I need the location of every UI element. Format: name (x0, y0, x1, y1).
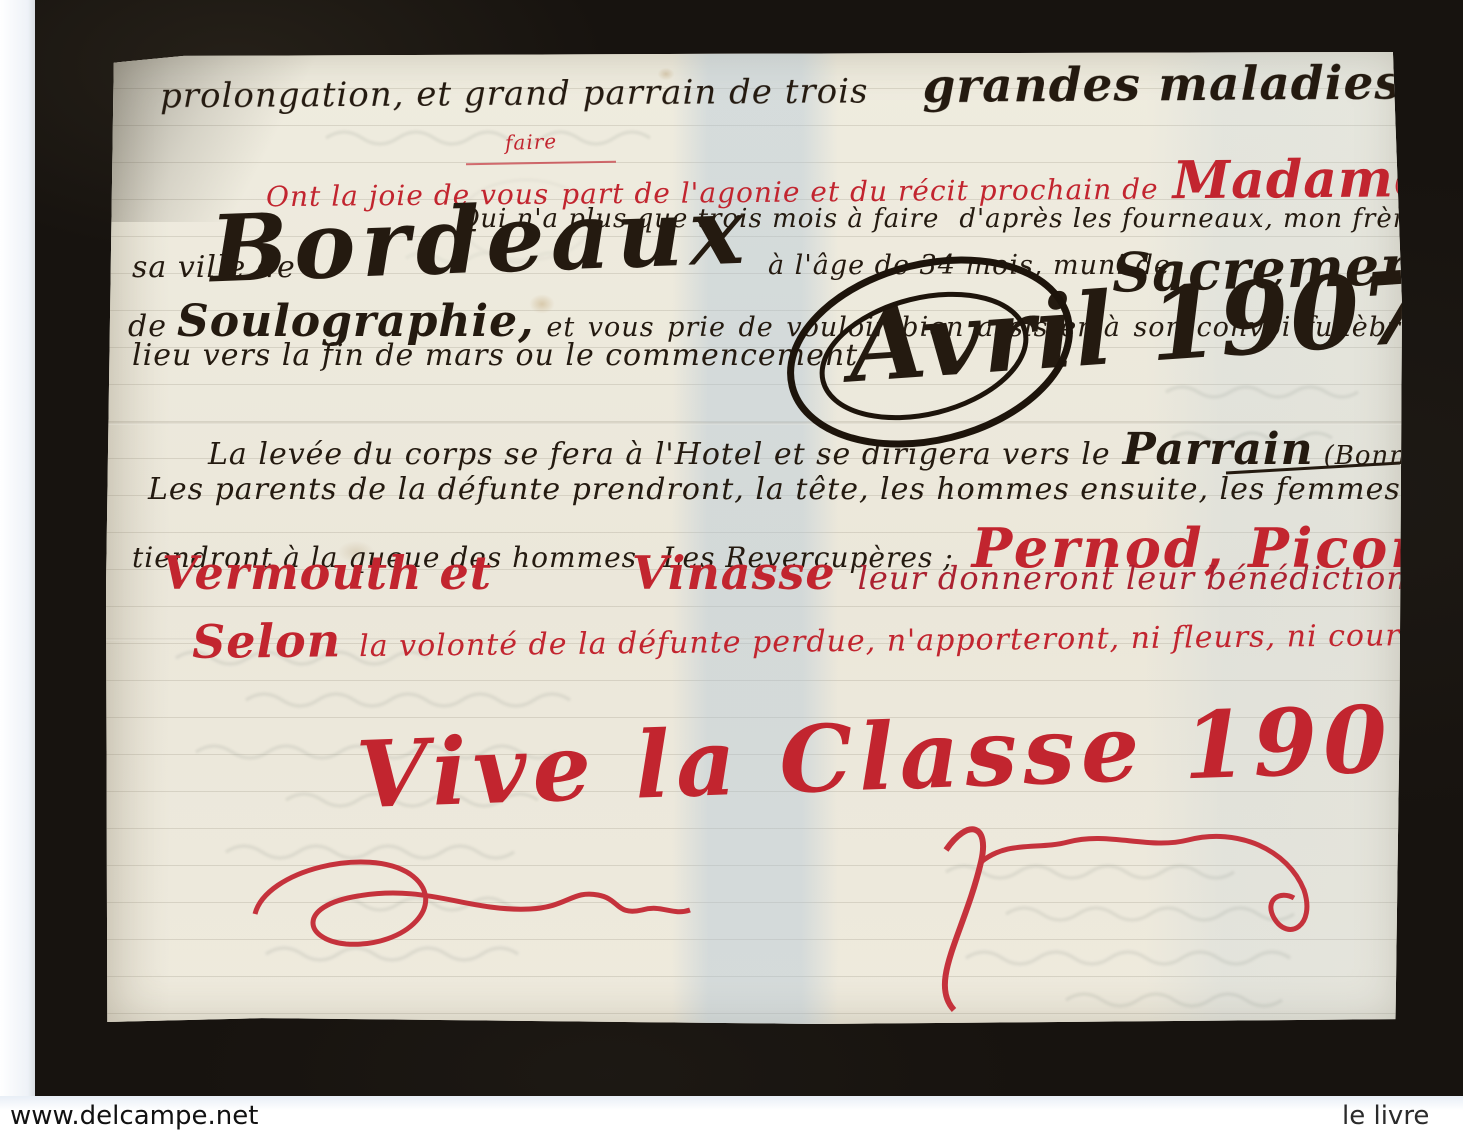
le-livre-watermark: le livre (1342, 1101, 1429, 1131)
line11-rest: la volonté de la défunte perdue, n'appor… (359, 617, 1402, 664)
handwritten-letter-page: prolongation, et grand parrain de trois … (106, 52, 1402, 1024)
scanned-document-photo: prolongation, et grand parrain de trois … (0, 0, 1463, 1132)
line3-part2: d'après les fourneaux, mon frère q bien … (959, 204, 1402, 234)
handwritten-line-8: Les parents de la défunte prendront, la … (148, 472, 1402, 507)
word-vinasse: Vinasse (632, 546, 836, 600)
word-selon: Selon (192, 613, 342, 669)
inserted-word-faire: faire (505, 129, 558, 155)
line1-text: prolongation, et grand parrain de trois (160, 71, 869, 116)
word-parrain: Parrain (1123, 424, 1314, 475)
line7-start: La levée du corps se fera à l'Hotel et s… (208, 437, 1111, 472)
line4-start: sa ville de (132, 250, 296, 285)
signature-right-downstroke (945, 829, 983, 1010)
word-vermouth: Vermouth et (162, 546, 492, 600)
delcampe-watermark: www.delcampe.net (10, 1101, 258, 1131)
line1-emphasis: grandes maladies (922, 56, 1402, 114)
signature-left (255, 862, 690, 944)
handwritten-line-6: lieu vers la fin de mars ou le commencem… (132, 338, 858, 373)
watermark-strip: www.delcampe.net le livre (0, 1096, 1463, 1132)
line7-end: (Bonne conduite (1324, 441, 1402, 471)
scanner-edge-strip (0, 0, 35, 1132)
word-madame: Madame (1172, 148, 1402, 211)
handwritten-line-7: La levée du corps se fera à l'Hotel et s… (208, 424, 1402, 475)
handwritten-line-1: prolongation, et grand parrain de trois … (160, 56, 1402, 120)
handwritten-line-10: Vermouth et Vinasse leur donneront leur … (162, 546, 1402, 600)
line10-rest: leur donneront leur bénédiction : (858, 559, 1402, 597)
